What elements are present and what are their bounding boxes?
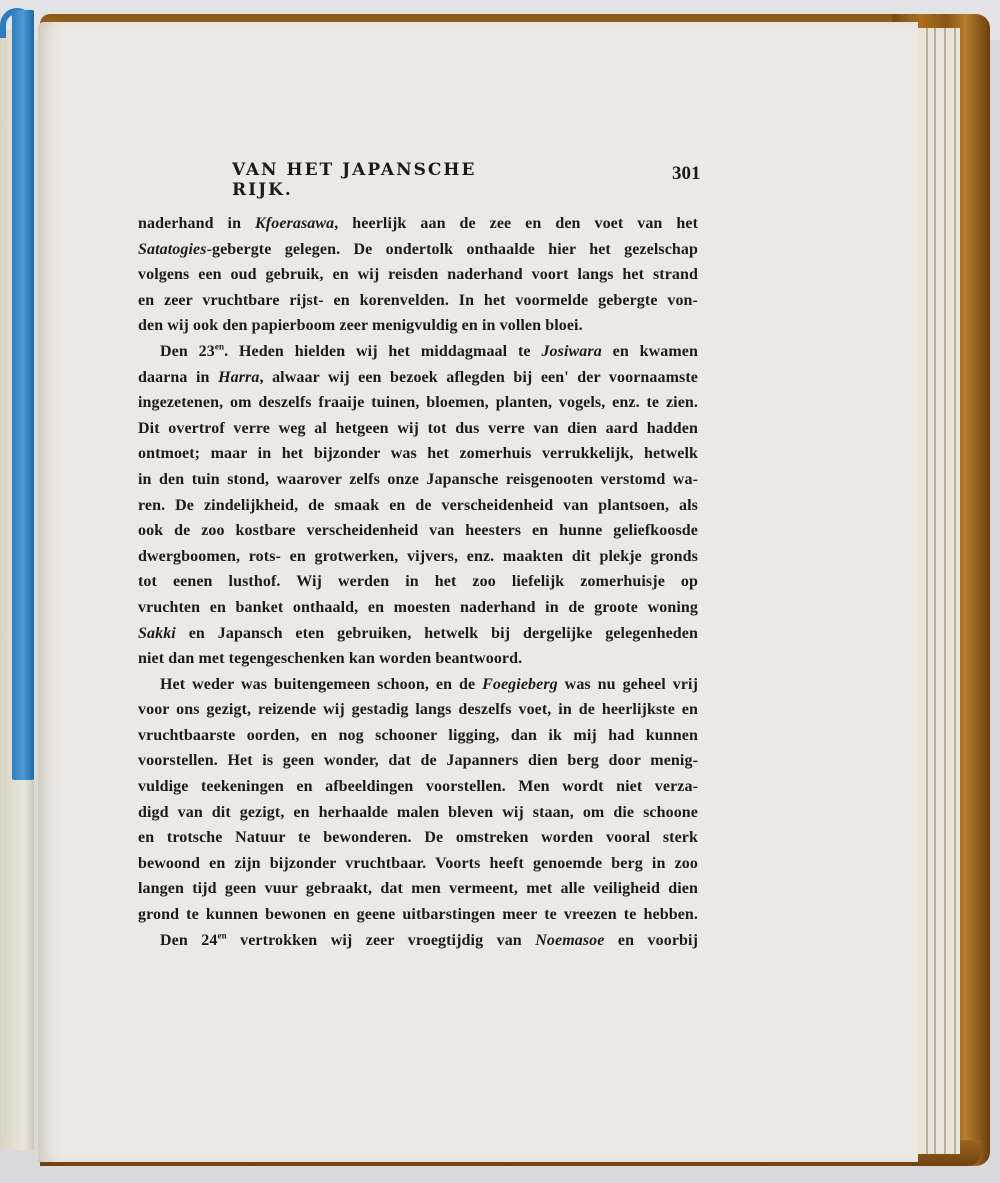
text-run: naderhand in <box>138 215 255 232</box>
text-line: ingezetenen, om deszelfs fraaije tuinen,… <box>138 390 698 416</box>
text-run: bewoond en zijn bijzonder vruchtbaar. Vo… <box>138 855 698 872</box>
text-line: dwergboomen, rots- en grotwerken, vijver… <box>138 544 698 570</box>
text-run: voorstellen. Het is geen wonder, dat de … <box>138 752 698 769</box>
italic-place-name: Harra <box>218 369 259 386</box>
text-run: ook de zoo kostbare verscheidenheid van … <box>138 522 698 539</box>
text-run: was nu geheel vrij <box>558 676 698 693</box>
text-line: naderhand in Kfoerasawa, heerlijk aan de… <box>138 211 698 237</box>
body-text: naderhand in Kfoerasawa, heerlijk aan de… <box>138 211 698 953</box>
text-run: vuldige teekeningen en afbeeldingen voor… <box>138 778 698 795</box>
text-run: voor ons gezigt, reizende wij gestadig l… <box>138 701 698 718</box>
text-line: tot eenen lusthof. Wij werden in het zoo… <box>138 569 698 595</box>
text-run: vruchtbaarste oorden, en nog schooner li… <box>138 727 698 744</box>
text-run: Het weder was buitengemeen schoon, en de <box>160 676 482 693</box>
text-line: vruchtbaarste oorden, en nog schooner li… <box>138 723 698 749</box>
text-line: ontmoet; maar in het bijzonder was het z… <box>138 441 698 467</box>
italic-place-name: Kfoerasawa <box>255 215 334 232</box>
page-edge-line <box>926 28 928 1154</box>
text-run: , alwaar wij een bezoek aflegden bij een… <box>259 369 698 386</box>
text-run: Den 23 <box>160 343 215 360</box>
text-line: Dit overtrof verre weg al hetgeen wij to… <box>138 416 698 442</box>
text-line: daarna in Harra, alwaar wij een bezoek a… <box>138 365 698 391</box>
page-edge-line <box>934 28 936 1154</box>
text-line: voor ons gezigt, reizende wij gestadig l… <box>138 697 698 723</box>
text-line: Sakki en Japansch eten gebruiken, hetwel… <box>138 621 698 647</box>
text-line: Den 23en. Heden hielden wij het middagma… <box>138 339 698 365</box>
text-line: Satatogies-gebergte gelegen. De ondertol… <box>138 237 698 263</box>
text-run: ren. De zindelijkheid, de smaak en de ve… <box>138 497 698 514</box>
text-run: Dit overtrof verre weg al hetgeen wij to… <box>138 420 698 437</box>
text-line: vuldige teekeningen en afbeeldingen voor… <box>138 774 698 800</box>
text-run: digd van dit gezigt, en herhaalde malen … <box>138 804 698 821</box>
text-line: voorstellen. Het is geen wonder, dat de … <box>138 748 698 774</box>
text-line: ren. De zindelijkheid, de smaak en de ve… <box>138 493 698 519</box>
text-run: vruchten en banket onthaald, en moesten … <box>138 599 698 616</box>
text-line: grond te kunnen bewonen en geene uitbars… <box>138 902 698 928</box>
superscript: en <box>215 342 224 352</box>
superscript: en <box>218 930 227 940</box>
text-line: langen tijd geen vuur gebraakt, dat men … <box>138 876 698 902</box>
text-run: , heerlijk aan de zee en den voet van he… <box>334 215 698 232</box>
text-run: en trotsche Natuur te bewonderen. De oms… <box>138 829 698 846</box>
italic-place-name: Satatogies <box>138 241 207 258</box>
text-line: digd van dit gezigt, en herhaalde malen … <box>138 800 698 826</box>
page-edge-line <box>954 28 956 1154</box>
text-run: en Japansch eten gebruiken, hetwelk bij … <box>176 625 698 642</box>
text-line: vruchten en banket onthaald, en moesten … <box>138 595 698 621</box>
text-run: en voorbij <box>604 932 698 949</box>
text-run: dwergboomen, rots- en grotwerken, vijver… <box>138 548 698 565</box>
text-line: Het weder was buitengemeen schoon, en de… <box>138 672 698 698</box>
text-run: den wij ook den papierboom zeer menigvul… <box>138 317 583 334</box>
text-run: grond te kunnen bewonen en geene uitbars… <box>138 906 698 923</box>
text-run: ingezetenen, om deszelfs fraaije tuinen,… <box>138 394 698 411</box>
text-run: . Heden hielden wij het middagmaal te <box>224 343 541 360</box>
text-run: in den tuin stond, waarover zelfs onze J… <box>138 471 698 488</box>
text-line: Den 24en vertrokken wij zeer vroegtijdig… <box>138 928 698 954</box>
running-head: VAN HET JAPANSCHE RIJK. <box>232 160 532 200</box>
text-line: en zeer vruchtbare rijst- en korenvelden… <box>138 288 698 314</box>
page-edge-line <box>944 28 946 1154</box>
text-line: in den tuin stond, waarover zelfs onze J… <box>138 467 698 493</box>
text-line: volgens een oud gebruik, en wij reisden … <box>138 262 698 288</box>
text-run: tot eenen lusthof. Wij werden in het zoo… <box>138 573 698 590</box>
text-line: ook de zoo kostbare verscheidenheid van … <box>138 518 698 544</box>
italic-place-name: Sakki <box>138 625 176 642</box>
text-run: daarna in <box>138 369 218 386</box>
text-run: en zeer vruchtbare rijst- en korenvelden… <box>138 292 698 309</box>
text-line: bewoond en zijn bijzonder vruchtbaar. Vo… <box>138 851 698 877</box>
italic-place-name: Foegieberg <box>482 676 558 693</box>
bookmark-ribbon[interactable] <box>12 10 34 780</box>
text-line: niet dan met tegengeschenken kan worden … <box>138 646 698 672</box>
italic-place-name: Noemasoe <box>535 932 604 949</box>
text-run: Den 24 <box>160 932 218 949</box>
text-line: en trotsche Natuur te bewonderen. De oms… <box>138 825 698 851</box>
text-run: niet dan met tegengeschenken kan worden … <box>138 650 522 667</box>
text-run: en kwamen <box>602 343 698 360</box>
text-run: -gebergte gelegen. De ondertolk onthaald… <box>207 241 698 258</box>
text-run: ontmoet; maar in het bijzonder was het z… <box>138 445 698 462</box>
page-number: 301 <box>672 163 701 185</box>
text-line: den wij ook den papierboom zeer menigvul… <box>138 313 698 339</box>
text-run: langen tijd geen vuur gebraakt, dat men … <box>138 880 698 897</box>
italic-place-name: Josiwara <box>541 343 601 360</box>
text-run: volgens een oud gebruik, en wij reisden … <box>138 266 698 283</box>
text-run: vertrokken wij zeer vroegtijdig van <box>227 932 536 949</box>
